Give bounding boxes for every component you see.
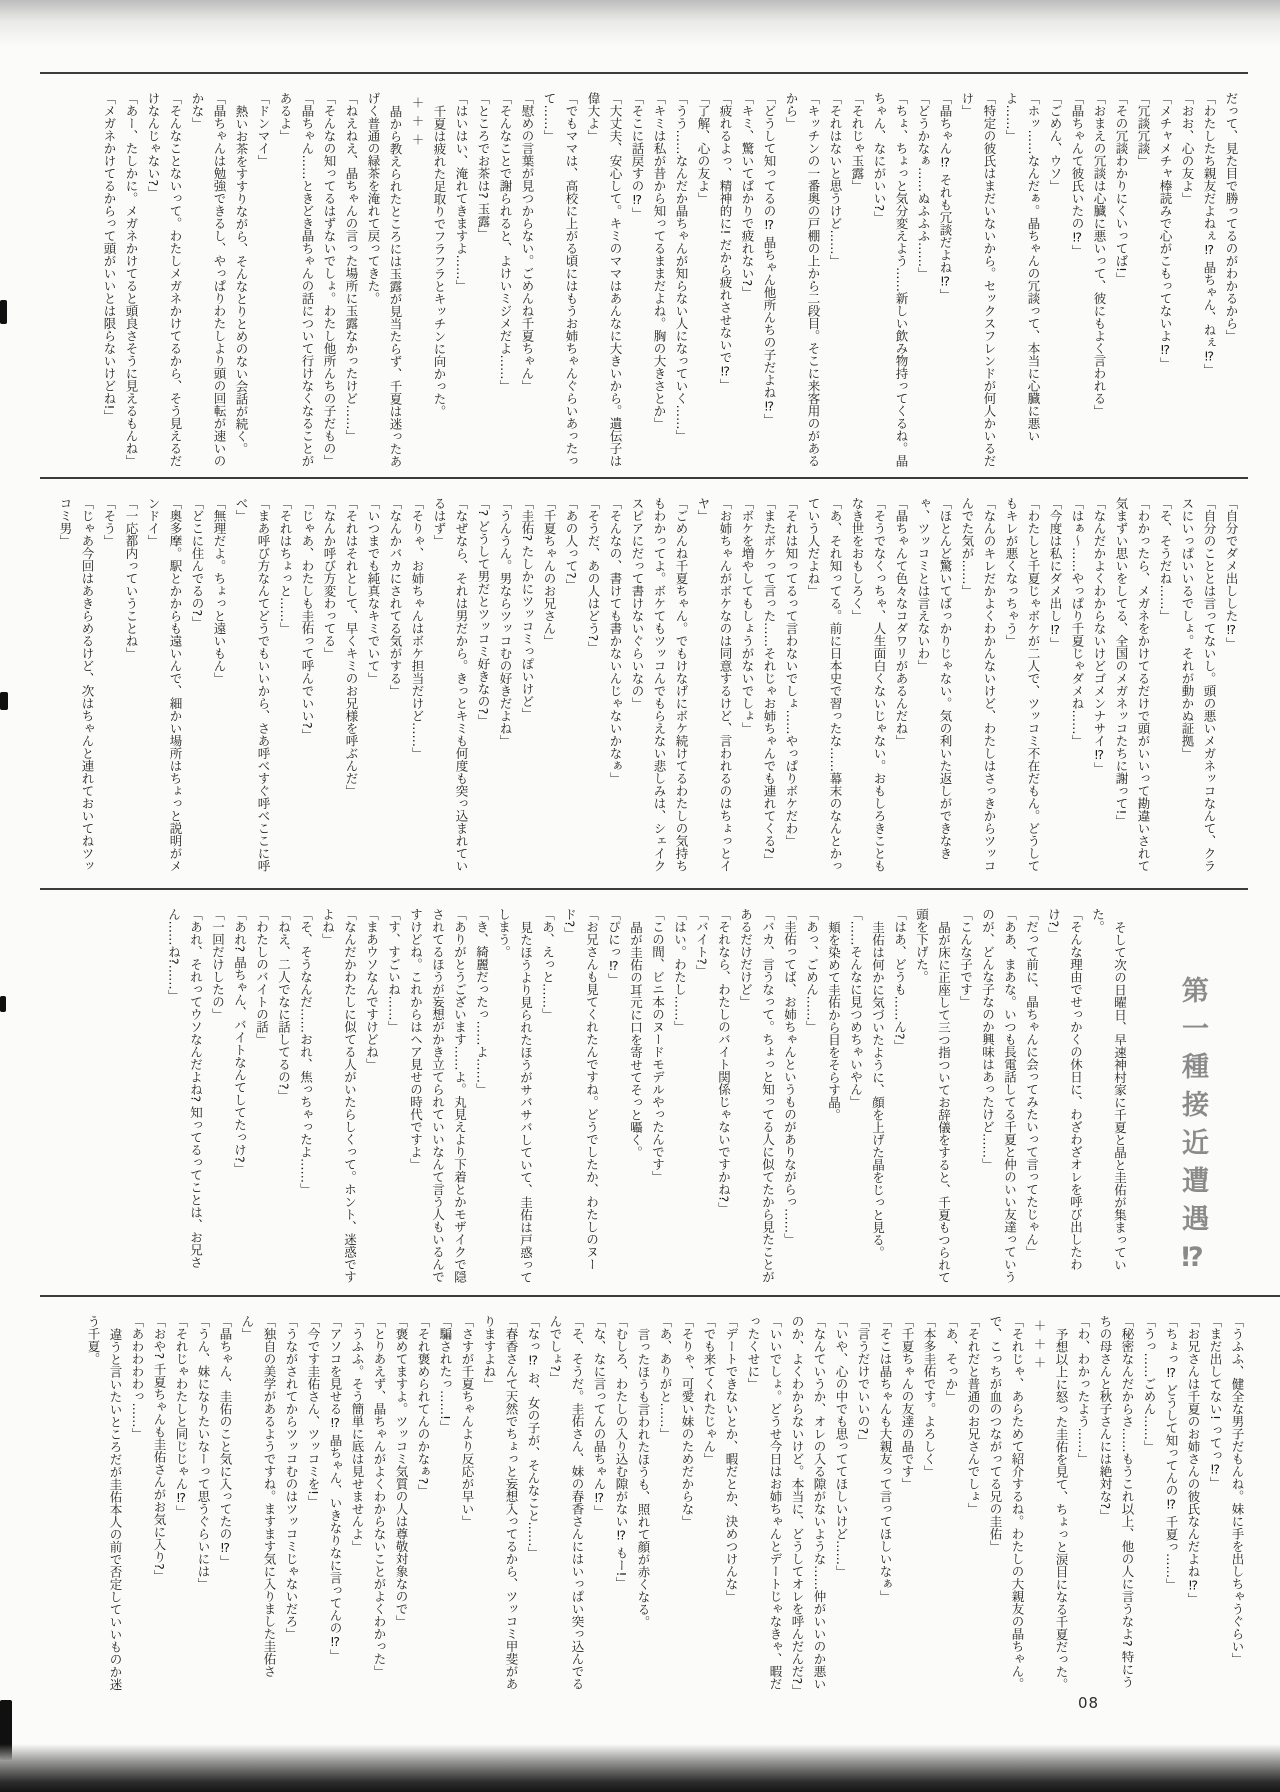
band-divider-2: [40, 888, 1248, 890]
dialogue-line: 「キミ、驚いてばかりで疲れない?」: [736, 92, 758, 470]
dialogue-line: 「ねえねえ、晶ちゃんの言った場所に玉露なかったけど……」: [340, 92, 362, 470]
dialogue-line: 「一回だけしたの」: [206, 908, 228, 1286]
dialogue-line: 「言うだけでいいの?」: [852, 1315, 874, 1693]
dialogue-line: 「そ、そうだね……」: [1154, 497, 1176, 875]
dialogue-line: 「キッチンの一番奥の戸棚の上から二段目。そこに来客用のがあるから」: [780, 92, 824, 470]
dialogue-line: 「アソコを見せる⁉ 晶ちゃん、いきなりなに言ってんの⁉」: [324, 1315, 346, 1693]
dialogue-line: 「……そんなに見つめちゃいやん」: [844, 908, 866, 1286]
dialogue-line: 「バイト?」: [690, 908, 712, 1286]
dialogue-line: 「なぜなら、それは男だから。きっとキミも何度も突っ込まれているはず」: [428, 497, 472, 875]
dialogue-line: 「春香さんて天然でちょっと妄想入ってるから、ツッコミ甲斐がありますよね」: [478, 1315, 522, 1693]
dialogue-line: 「はぁ～……やっぱり千夏じゃダメね……」: [1066, 497, 1088, 875]
dialogue-line: 「その冗談わかりにくいってば!」: [1110, 92, 1132, 470]
dialogue-line: 「千夏ちゃんの友達の晶です」: [896, 1315, 918, 1693]
dialogue-line: 「うながされてからツッコむのはツッコミじゃないだろ」: [280, 1315, 302, 1693]
dialogue-line: 「それじゃ、あらためて紹介するね。わたしの大親友の晶ちゃん。で、こっちが血のつな…: [984, 1315, 1028, 1693]
dialogue-line: 「そう」: [98, 497, 120, 875]
dialogue-line: 「疲れるよっ、精神的に! だから疲れさせないで⁉」: [714, 92, 736, 470]
dialogue-line: 「独自の美学があるようですね。ますます気に入りました圭佑さん」: [236, 1315, 280, 1693]
dialogue-line: 「メチャメチャ棒読みで心がこもってないよ⁉」: [1154, 92, 1176, 470]
dialogue-line: 「なんていうか、オレの入る隙がないような……仲がいいのか悪いのか、よくわからない…: [786, 1315, 830, 1693]
dialogue-line: 「だって前に、晶ちゃんに会ってみたいって言ってたじゃん」: [1020, 908, 1042, 1286]
dialogue-line: 「晶ちゃん⁉ それも冗談だよね⁉」: [934, 92, 956, 470]
dialogue-line: 「ボケを増やしてもしょうがないでしょ」: [736, 497, 758, 875]
dialogue-line: 「了解、心の友よ」: [692, 92, 714, 470]
dialogue-line: 「でもママは、高校に上がる頃にはもうお姉ちゃんぐらいあったって……」: [538, 92, 582, 470]
dialogue-line: 「き、綺麗だったっ……よ……」: [470, 908, 492, 1286]
dialogue-line: 「騙されたっ……!」: [434, 1315, 456, 1693]
dialogue-line: 「あれ、それってウソなんだよね? 知ってるってことは、お兄さん……ね?……」: [162, 908, 206, 1286]
dialogue-line: 「ちょ、ちょっと気分変えよう……新しい飲み物持ってくるね。晶ちゃん、なにがいい?…: [868, 92, 912, 470]
scan-artifact-mark: [0, 692, 8, 710]
dialogue-line: 「なっ⁉ お、女の子が、そんなこと……」: [522, 1315, 544, 1693]
dialogue-line: 「す、すごいね……」: [382, 908, 404, 1286]
dialogue-line: 「慰めの言葉が見つからない。ごめんね千夏ちゃん」: [516, 92, 538, 470]
dialogue-line: 「晶ちゃんて彼氏いたの⁉」: [1066, 92, 1088, 470]
dialogue-line: 「うんうん。男ならツッコむの好きだよね」: [494, 497, 516, 875]
dialogue-line: 「ドンマイ」: [252, 92, 274, 470]
dialogue-line: 「大丈夫、安心して。キミのママはあんなに大きいから。遺伝子は偉大よ」: [582, 92, 626, 470]
dialogue-line: 「はいはい、淹れてきますよ……」: [450, 92, 472, 470]
dialogue-line: 「わたしたち親友だよねぇ⁉ 晶ちゃん、ねぇ⁉」: [1198, 92, 1220, 470]
dialogue-line: 「どこに住んでるの?」: [186, 497, 208, 875]
narrative-line: 違うと言いたいところだが圭佑本人の前で否定していいものか迷う千夏。: [82, 1315, 126, 1693]
narrative-line: 見たほうより見られたほうがサバサバしていて、圭佑は戸惑ってしまう。: [492, 908, 536, 1286]
dialogue-line: 「ありがとうございます……よ。丸見えより下着とかモザイクで隠されてるほうが妄想が…: [404, 908, 470, 1286]
dialogue-line: 「あー、たしかに。メガネかけてると頭良さそうに見えるもんね」: [120, 92, 142, 470]
narrative-line: 予想以上に怒った圭佑を見て、ちょっと涙目になる千夏だった。: [1050, 1315, 1072, 1693]
dialogue-line: 「でも来てくれたじゃん」: [698, 1315, 720, 1693]
dialogue-line: 「あ、それ知ってる。前に日本史で習ったな……幕末のなんとかっていう人だよね」: [802, 497, 846, 875]
dialogue-line: 「それなら、わたしのバイト関係じゃないですかね?」: [712, 908, 734, 1286]
dialogue-line: 「わたしのバイトの話」: [250, 908, 272, 1286]
dialogue-line: 「なんか呼び方変わってる」: [318, 497, 340, 875]
band-divider-1: [40, 477, 1248, 479]
dialogue-line: 「それはちょっと……」: [274, 497, 296, 875]
narrative-line: 晶が圭佑の耳元に口を寄せてそっと囁く。: [624, 908, 646, 1286]
dialogue-line: 「うっ……ごめん……」: [1138, 1315, 1160, 1693]
dialogue-line: 「圭佑? たしかにツッコミっぽいけど」: [516, 497, 538, 875]
dialogue-line: 「それはそれとして、早くキミのお兄様を呼ぶんだ」: [340, 497, 362, 875]
dialogue-line: 「じゃあ、わたしも圭佑って呼んでいい?」: [296, 497, 318, 875]
page-number: 08: [1078, 1694, 1099, 1712]
dialogue-line: 「ホッ……なんだぁ。晶ちゃんの冗談って、本当に心臓に悪いよ……」: [1000, 92, 1044, 470]
narrative-line: 晶が床に正座して三つ指ついてお辞儀をすると、千夏もつられて頭を下げた。: [910, 908, 954, 1286]
section-separator: ＋＋＋: [1028, 1315, 1050, 1693]
dialogue-line: 「そんな理由でせっかくの休日に、わざわざオレを呼び出したわけ?」: [1042, 908, 1086, 1286]
dialogue-line: 「おや? 千夏ちゃんも圭佑さんがお気に入り?」: [148, 1315, 170, 1693]
dialogue-line: 「それだと普通のお兄さんでしょ」: [962, 1315, 984, 1693]
dialogue-line: 「? どうして男だとツッコミ好きなの?」: [472, 497, 494, 875]
scan-artifact-mark: [0, 996, 6, 1012]
dialogue-line: 「奥多摩。駅とかからも遠いんで、細かい場所はちょっと説明がメンドイ」: [142, 497, 186, 875]
dialogue-line: 「そ、そうだ。圭佑さん、妹の春香さんにはいっぱい突っ込んでるんでしょ?」: [544, 1315, 588, 1693]
dialogue-line: 「特定の彼氏はまだいないから。セックスフレンドが何人かいるだけ」: [956, 92, 1000, 470]
dialogue-line: 「褒めてますよ。ツッコミ気質の人は尊敬対象なので」: [390, 1315, 412, 1693]
dialogue-line: 「はい。わたし……」: [668, 908, 690, 1286]
narrative-line: 晶から教えられたところには玉露が見当たらず、千夏は迷ったあげく普通の緑茶を淹れて…: [362, 92, 406, 470]
dialogue-line: 「そこは晶ちゃんも大親友って言ってほしいなぁ」: [874, 1315, 896, 1693]
dialogue-line: 「そりゃ、お姉ちゃんはボケ担当だけど……」: [406, 497, 428, 875]
text-band-2: 「自分でダメ出しした⁉」「自分のこととは言ってないし。頭の悪いメガネッコなんて、…: [56, 497, 1242, 875]
dialogue-line: 「ほとんど驚いてばっかりじゃない。気の利いた返しができなきゃ、ツッコミとは言えな…: [912, 497, 956, 875]
dialogue-line: 「まだ出してない! ってっ⁉」: [1204, 1315, 1226, 1693]
scanned-page: だって、見た目で勝ってるのがわかるから」「わたしたち親友だよねぇ⁉ 晶ちゃん、ね…: [0, 0, 1280, 1792]
dialogue-line: 「むしろ、わたしの入り込む隙がない⁉ もー!」: [610, 1315, 632, 1693]
dialogue-line: 「ごめん、ウソ」: [1044, 92, 1066, 470]
dialogue-line: 「そんなことないって。わたしメガネかけてるから、そう見えるだけなんじゃない?」: [142, 92, 186, 470]
dialogue-line: 「圭佑ってば、お姉ちゃんというものがありながらっ……」: [778, 908, 800, 1286]
dialogue-line: 「わ、わかったよう……」: [1072, 1315, 1094, 1693]
dialogue-line: 「そんなの、書けても書かないんじゃないかなぁ」: [604, 497, 626, 875]
dialogue-line: 「千夏ちゃんのお兄さん」: [538, 497, 560, 875]
dialogue-line: 「まあ呼び方なんてどうでもいいから、さあ呼べすぐ呼べここに呼べ」: [230, 497, 274, 875]
dialogue-line: 「ごめんね千夏ちゃん。でもけなげにボケ続けてるわたしの気持ちもわかってよ。ボケて…: [626, 497, 692, 875]
dialogue-line: 「ねえ、二人でなに話してるの?」: [272, 908, 294, 1286]
dialogue-line: 「いいでしょ。どうせ今日はお姉ちゃんとデートじゃなきゃ、暇だったくせに」: [742, 1315, 786, 1693]
dialogue-line: 「なんだかよくわからないけどゴメンナサイ⁉」: [1088, 497, 1110, 875]
dialogue-line: 「デートできないとか、暇だとか、決めつけんな」: [720, 1315, 742, 1693]
dialogue-line: 「さすが千夏ちゃんより反応が早い」: [456, 1315, 478, 1693]
dialogue-line: 「あれ? 晶ちゃん、バイトなんてしてたっけ?」: [228, 908, 250, 1286]
dialogue-line: 「晶ちゃん……ときどき晶ちゃんの話について行けなくなることがあるよ」: [274, 92, 318, 470]
dialogue-line: 「自分のこととは言ってないし。頭の悪いメガネッコなんて、クラスにいっぱいいるでし…: [1176, 497, 1220, 875]
dialogue-line: 「わたしと千夏じゃボケが二人で、ツッコミ不在だもん。どうしてもキレが悪くなっちゃ…: [1000, 497, 1044, 875]
dialogue-line: 「それはないと思うけど……」: [824, 92, 846, 470]
dialogue-line: 「そんなことで謝られると、よけいミジメだよ……」: [494, 92, 516, 470]
dialogue-line: 「あ、えっと……」: [536, 908, 558, 1286]
dialogue-line: 「ああ、まあな。いつも長電話してる千夏と仲のいい友達っていうのが、どんな子なのか…: [976, 908, 1020, 1286]
dialogue-line: 「あ、ありがと……」: [654, 1315, 676, 1693]
dialogue-line: 「そりゃ、可愛い妹のためだからな」: [676, 1315, 698, 1693]
section-separator: ＋＋＋: [406, 92, 428, 470]
dialogue-line: 「自分でダメ出しした⁉」: [1220, 497, 1242, 875]
dialogue-line: 「それじゃ玉露」: [846, 92, 868, 470]
dialogue-line: 「なんかバカにされてる気がする」: [384, 497, 406, 875]
dialogue-line: 「一応都内っていうことね」: [120, 497, 142, 875]
narrative-line: 圭佑は何かに気づいたように、顔を上げた晶をじっと見る。: [866, 908, 888, 1286]
band-divider-3: [40, 1295, 1280, 1297]
dialogue-line: 「ちょっ⁉ どうして知ってんの⁉ 千夏っ……」: [1160, 1315, 1182, 1693]
dialogue-line: 「そ、そうなんだ……おれ、焦っちゃったよ……」: [294, 908, 316, 1286]
dialogue-line: 「うん、妹になりたいなーって思うぐらいには」: [192, 1315, 214, 1693]
dialogue-line: 「あっ、ごめん……」: [800, 908, 822, 1286]
dialogue-line: 「そうだ、あの人はどう?」: [582, 497, 604, 875]
dialogue-line: 「どうして知ってるの⁉ 晶ちゃん他所んちの子だよね⁉」: [758, 92, 780, 470]
dialogue-line: 「晶ちゃん、圭佑のこと気に入ってたの⁉」: [214, 1315, 236, 1693]
dialogue-line: 「この間、ビニ本のヌードモデルやったんです」: [646, 908, 668, 1286]
narrative-line: 頬を染めて圭佑から目をそらす晶。: [822, 908, 844, 1286]
scan-artifact-mark: [0, 300, 7, 324]
dialogue-line: 「あ、そっか」: [940, 1315, 962, 1693]
dialogue-line: 「いつまでも純真なキミでいて」: [362, 497, 384, 875]
dialogue-line: 「いや、心の中でも思っててほしいけど……」: [830, 1315, 852, 1693]
dialogue-line: 「おまえの冗談は心臓に悪いって、彼にもよく言われる」: [1088, 92, 1110, 470]
dialogue-line: 「お兄さんは千夏のお姉さんの彼氏なんだよね⁉」: [1182, 1315, 1204, 1693]
dialogue-line: 「それじゃわたしと同じじゃん⁉」: [170, 1315, 192, 1693]
dialogue-line: 「無理だよ。ちょっと遠いもん」: [208, 497, 230, 875]
narrative-line: 言ったほうも言われたほうも、照れて顔が赤くなる。: [632, 1315, 654, 1693]
band-divider-top: [40, 72, 1248, 74]
dialogue-line: 「晶ちゃんは勉強できるし、やっぱりわたしより頭の回転が速いのかな」: [186, 92, 230, 470]
dialogue-line: 「はあ、どうも……ん?」: [888, 908, 910, 1286]
dialogue-line: 「な、なに言ってんの晶ちゃん⁉」: [588, 1315, 610, 1693]
dialogue-line: 「今度は私にダメ出し⁉」: [1044, 497, 1066, 875]
dialogue-line: 「とりあえず、晶ちゃんがよくわからないことがよくわかった」: [368, 1315, 390, 1693]
dialogue-line: 「冗談冗談」: [1132, 92, 1154, 470]
dialogue-line: 「わかったら、メガネをかけてるだけで頭がいいって勘違いされて気まずい思いをしてる…: [1110, 497, 1154, 875]
dialogue-line: 「うう……なんだか晶ちゃんが知らない人になっていく……」: [670, 92, 692, 470]
dialogue-line: 「それ褒められてんのかなぁ?」: [412, 1315, 434, 1693]
dialogue-line: 「こんな子です」: [954, 908, 976, 1286]
dialogue-line: 「そこに話戻すの⁉」: [626, 92, 648, 470]
dialogue-line: 「うふふ、健全な男子だもんね。妹に手を出しちゃうぐらい」: [1226, 1315, 1248, 1693]
dialogue-line: 「どうかなぁ……ぬふふふ……」: [912, 92, 934, 470]
dialogue-line: 「ぴにっ⁉」: [602, 908, 624, 1286]
dialogue-line: 「うふふ。そう簡単に底は見せませんよ」: [346, 1315, 368, 1693]
dialogue-line: 「お兄さんも見てくれたんですね。どうでしたか、わたしのヌード?」: [558, 908, 602, 1286]
dialogue-line: 「本多圭佑です。よろしく」: [918, 1315, 940, 1693]
text-band-1: だって、見た目で勝ってるのがわかるから」「わたしたち親友だよねぇ⁉ 晶ちゃん、ね…: [56, 92, 1242, 470]
narrative-line: そして次の日曜日、早速神村家に千夏と晶と圭佑が集まっていた。: [1086, 908, 1130, 1286]
scan-edge-top: [0, 0, 1280, 46]
section-title: 第一種接近遭遇⁉: [1130, 908, 1242, 1286]
dialogue-line: 「なんだかわたしに似てる人がいたらしくって。ホント、迷惑ですよね」: [316, 908, 360, 1286]
dialogue-line: 「じゃあ今回はあきらめるけど、次はちゃんと連れておいてねツッコミ男」: [56, 497, 98, 875]
dialogue-line: 「おお、心の友よ」: [1176, 92, 1198, 470]
scan-edge-bottom: [0, 1744, 1280, 1792]
dialogue-line: 「あの人って?」: [560, 497, 582, 875]
narrative-line: 千夏は疲れた足取りでフラフラとキッチンに向かった。: [428, 92, 450, 470]
dialogue-line: 「またボケって言った……それじゃお姉ちゃんでも連れてくる?」: [758, 497, 780, 875]
dialogue-line: 「そんなの知ってるはずないでしょ。わたし他所んちの子だもの」: [318, 92, 340, 470]
dialogue-line: 「キミは私が昔から知ってるままだよね。胸の大きさとか」: [648, 92, 670, 470]
text-band-4: 「うふふ、健全な男子だもんね。妹に手を出しちゃうぐらい」「まだ出してない! って…: [48, 1315, 1248, 1693]
dialogue-line: 「お姉ちゃんがボケなのは同意するけど、言われるのはちょっとイヤ」: [692, 497, 736, 875]
dialogue-line: 「あわわわわっ……」: [126, 1315, 148, 1693]
dialogue-line: だって、見た目で勝ってるのがわかるから」: [1220, 92, 1242, 470]
dialogue-line: 「今です圭佑さん、ツッコミを!」: [302, 1315, 324, 1693]
narrative-line: 熱いお茶をすすりながら、そんなとりとめのない会話が続く。: [230, 92, 252, 470]
dialogue-line: 「なんのキレだかよくわかんないけど、わたしはさっきからツッコんでた気が……」: [956, 497, 1000, 875]
dialogue-line: 「晶ちゃんて色々なコダワリがあるんだね」: [890, 497, 912, 875]
dialogue-line: 「まあウソなんですけどね」: [360, 908, 382, 1286]
dialogue-line: 「それは知ってるって言わないでしょ……やっぱりボケだわ」: [780, 497, 802, 875]
text-band-3: 第一種接近遭遇⁉ そして次の日曜日、早速神村家に千夏と晶と圭佑が集まっていた。「…: [56, 908, 1242, 1286]
dialogue-line: 「ところでお茶は? 玉露」: [472, 92, 494, 470]
dialogue-line: 「そうでなくっちゃ、人生面白くないじゃない。おもしろきこともなき世をおもしろく」: [846, 497, 890, 875]
dialogue-line: 「秘密なんだからさ……もうこれ以上、他の人に言うなよ? 特にうちの母さんと秋子さ…: [1094, 1315, 1138, 1693]
dialogue-line: 「メガネかけてるからって頭がいいとは限らないけどね!」: [98, 92, 120, 470]
dialogue-line: 「バカ、言うなって。ちょっと知ってる人に似てたから見たことがあるだけだけど」: [734, 908, 778, 1286]
